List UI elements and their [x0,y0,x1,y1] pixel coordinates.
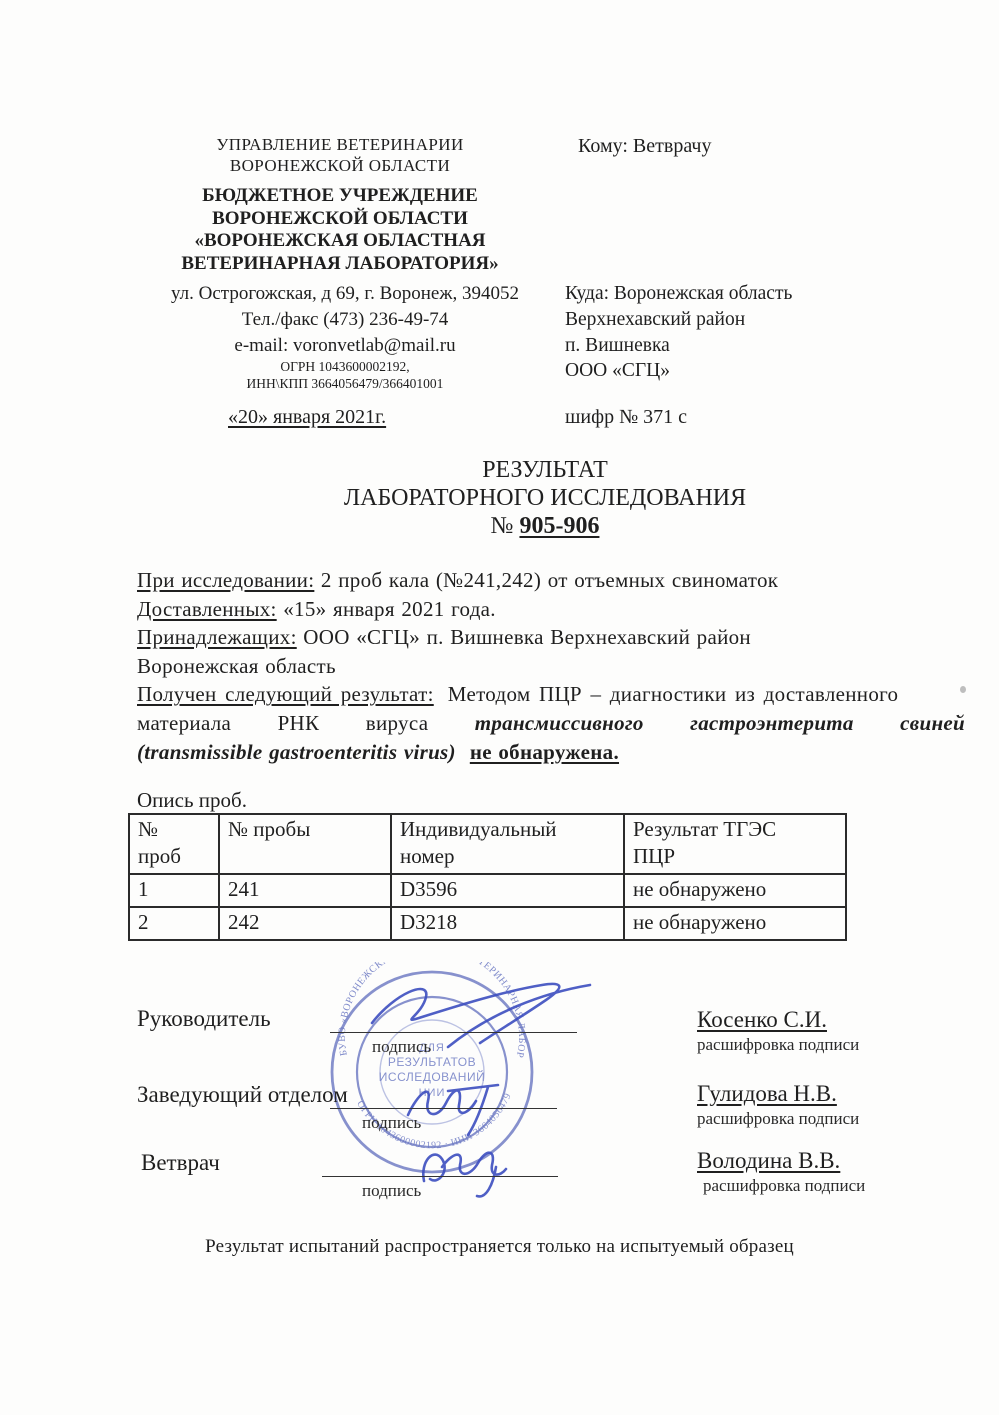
organization-line: «ВОРОНЕЖСКАЯ ОБЛАСТНАЯ [120,230,560,253]
scanned-document-page: УПРАВЛЕНИЕ ВЕТЕРИНАРИИ ВОРОНЕЖСКОЙ ОБЛАС… [0,0,999,1415]
table-row: 2 242 D3218 не обнаружено [129,907,846,940]
registration-numbers: ОГРН 1043600002192, ИНН\КПП 3664056479/3… [120,359,570,392]
organization-line: ВЕТЕРИНАРНАЯ ЛАБОРАТОРИЯ» [120,253,560,276]
text-issledovanii: 2 проб кала (№241,242) от отъемных свино… [314,568,778,592]
label-result: Получен следующий результат: [137,682,434,706]
department-block: УПРАВЛЕНИЕ ВЕТЕРИНАРИИ ВОРОНЕЖСКОЙ ОБЛАС… [130,134,550,176]
result-not-detected: не обнаружена. [470,740,619,764]
body-line-5: Получен следующий результат:Методом ПЦР … [137,680,965,709]
text-result-method: Методом ПЦР – диагностики из доставленно… [448,682,899,706]
signer-name-text: Гулидова Н.В. [697,1081,837,1106]
signature-director-stroke [448,985,590,1047]
body-line-1: При исследовании: 2 проб кала (№241,242)… [137,566,965,595]
cipher-number: шифр № 371 с [565,406,687,429]
text-prinadlezhashih: ООО «СГЦ» п. Вишневка Верхнехавский райо… [297,625,751,649]
signature-line [330,1108,557,1109]
destination-block: Куда: Воронежская область Верхнехавский … [565,281,792,384]
name-caption: расшифровка подписи [703,1176,865,1196]
scan-speckle [960,686,966,693]
cell: не обнаружено [624,907,846,940]
address-line: Тел./факс (473) 236-49-74 [120,307,570,333]
department-line: ВОРОНЕЖСКОЙ ОБЛАСТИ [130,155,550,176]
body-line-4: Воронежская область [137,652,965,681]
header-cell-individual-no: Индивидуальныйномер [391,814,624,874]
word: вируса [366,709,429,738]
department-line: УПРАВЛЕНИЕ ВЕТЕРИНАРИИ [130,134,550,155]
organization-line: ВОРОНЕЖСКОЙ ОБЛАСТИ [120,208,560,231]
number-sign: № [491,513,520,539]
header-cell-num: №проб [129,814,219,874]
role-director: Руководитель [137,1006,271,1032]
result-description: При исследовании: 2 проб кала (№241,242)… [137,566,965,766]
virus-name-word: гастроэнтерита [690,709,854,738]
signature-line [330,1032,577,1033]
signer-name: Косенко С.И. [697,1007,827,1033]
destination-line: ООО «СГЦ» [565,358,792,384]
label-prinadlezhashih: Принадлежащих: [137,625,297,649]
cell: 242 [219,907,391,940]
signature-caption: подпись [362,1181,421,1201]
address-block: ул. Острогожская, д 69, г. Воронеж, 3940… [120,281,570,359]
header-cell-sample-no: № пробы [219,814,391,874]
title-line-2: ЛАБОРАТОРНОГО ИССЛЕДОВАНИЯ [85,484,999,512]
virus-name-word: свиней [900,709,965,738]
destination-line: п. Вишневка [565,333,792,359]
title-line-1: РЕЗУЛЬТАТ [85,456,999,484]
cell: D3596 [391,874,624,907]
title-number-line: № 905-906 [85,512,999,540]
cell: D3218 [391,907,624,940]
inn-line: ИНН\КПП 3664056479/366401001 [120,376,570,393]
name-caption: расшифровка подписи [697,1035,859,1055]
email-line: e-mail: voronvetlab@mail.ru [120,333,570,359]
organization-line: БЮДЖЕТНОЕ УЧРЕЖДЕНИЕ [120,185,560,208]
handwritten-signatures [300,955,620,1205]
signature-caption: подпись [362,1113,421,1133]
signature-line [322,1176,558,1177]
destination-line: Верхнехавский район [565,307,792,333]
virus-latin-name: (transmissible gastroenteritis virus) [137,740,456,764]
name-caption: расшифровка подписи [697,1109,859,1129]
signer-name-text: Володина В.В. [697,1148,840,1173]
signature-caption: подпись [372,1037,431,1057]
ogrn-line: ОГРН 1043600002192, [120,359,570,376]
label-issledovanii: При исследовании: [137,568,314,592]
document-date: «20» января 2021г. [228,406,386,429]
header-cell-result: Результат ТГЭСПЦР [624,814,846,874]
role-veterinarian: Ветврач [141,1150,220,1176]
cell: 1 [129,874,219,907]
word: материала [137,709,231,738]
address-line: ул. Острогожская, д 69, г. Воронеж, 3940… [120,281,570,307]
samples-table-grid: №проб № пробы Индивидуальныйномер Резуль… [128,813,847,941]
signer-name-text: Косенко С.И. [697,1007,827,1032]
samples-caption: Опись проб. [137,788,247,813]
destination-line: Куда: Воронежская область [565,281,792,307]
body-line-3: Принадлежащих: ООО «СГЦ» п. Вишневка Вер… [137,623,965,652]
footer-note: Результат испытаний распространяется тол… [0,1236,999,1258]
cell: не обнаружено [624,874,846,907]
date-text: «20» января 2021г. [228,406,386,428]
samples-table: №проб № пробы Индивидуальныйномер Резуль… [128,813,847,941]
label-dostavlennyh: Доставленных: [137,597,277,621]
signature-head-of-dept [408,1091,476,1116]
organization-name-block: БЮДЖЕТНОЕ УЧРЕЖДЕНИЕ ВОРОНЕЖСКОЙ ОБЛАСТИ… [120,185,560,275]
word: РНК [278,709,320,738]
signature-head-of-dept-stroke [448,1085,498,1135]
table-row: 1 241 D3596 не обнаружено [129,874,846,907]
table-header-row: №проб № пробы Индивидуальныйномер Резуль… [129,814,846,874]
virus-name-word: трансмиссивного [475,709,644,738]
recipient-to: Кому: Ветврачу [578,135,711,158]
text-dostavlennyh: «15» января 2021 года. [277,597,496,621]
signer-name: Володина В.В. [697,1148,840,1174]
document-title: РЕЗУЛЬТАТ ЛАБОРАТОРНОГО ИССЛЕДОВАНИЯ № 9… [85,456,999,540]
signer-name: Гулидова Н.В. [697,1081,837,1107]
body-line-2: Доставленных: «15» января 2021 года. [137,595,965,624]
body-line-7: (transmissible gastroenteritis virus)не … [137,738,965,767]
cell: 2 [129,907,219,940]
body-line-6: материала РНК вируса трансмиссивного гас… [137,709,965,738]
cell: 241 [219,874,391,907]
role-head-of-department: Заведующий отделом [137,1082,348,1108]
document-number: 905-906 [519,513,599,539]
